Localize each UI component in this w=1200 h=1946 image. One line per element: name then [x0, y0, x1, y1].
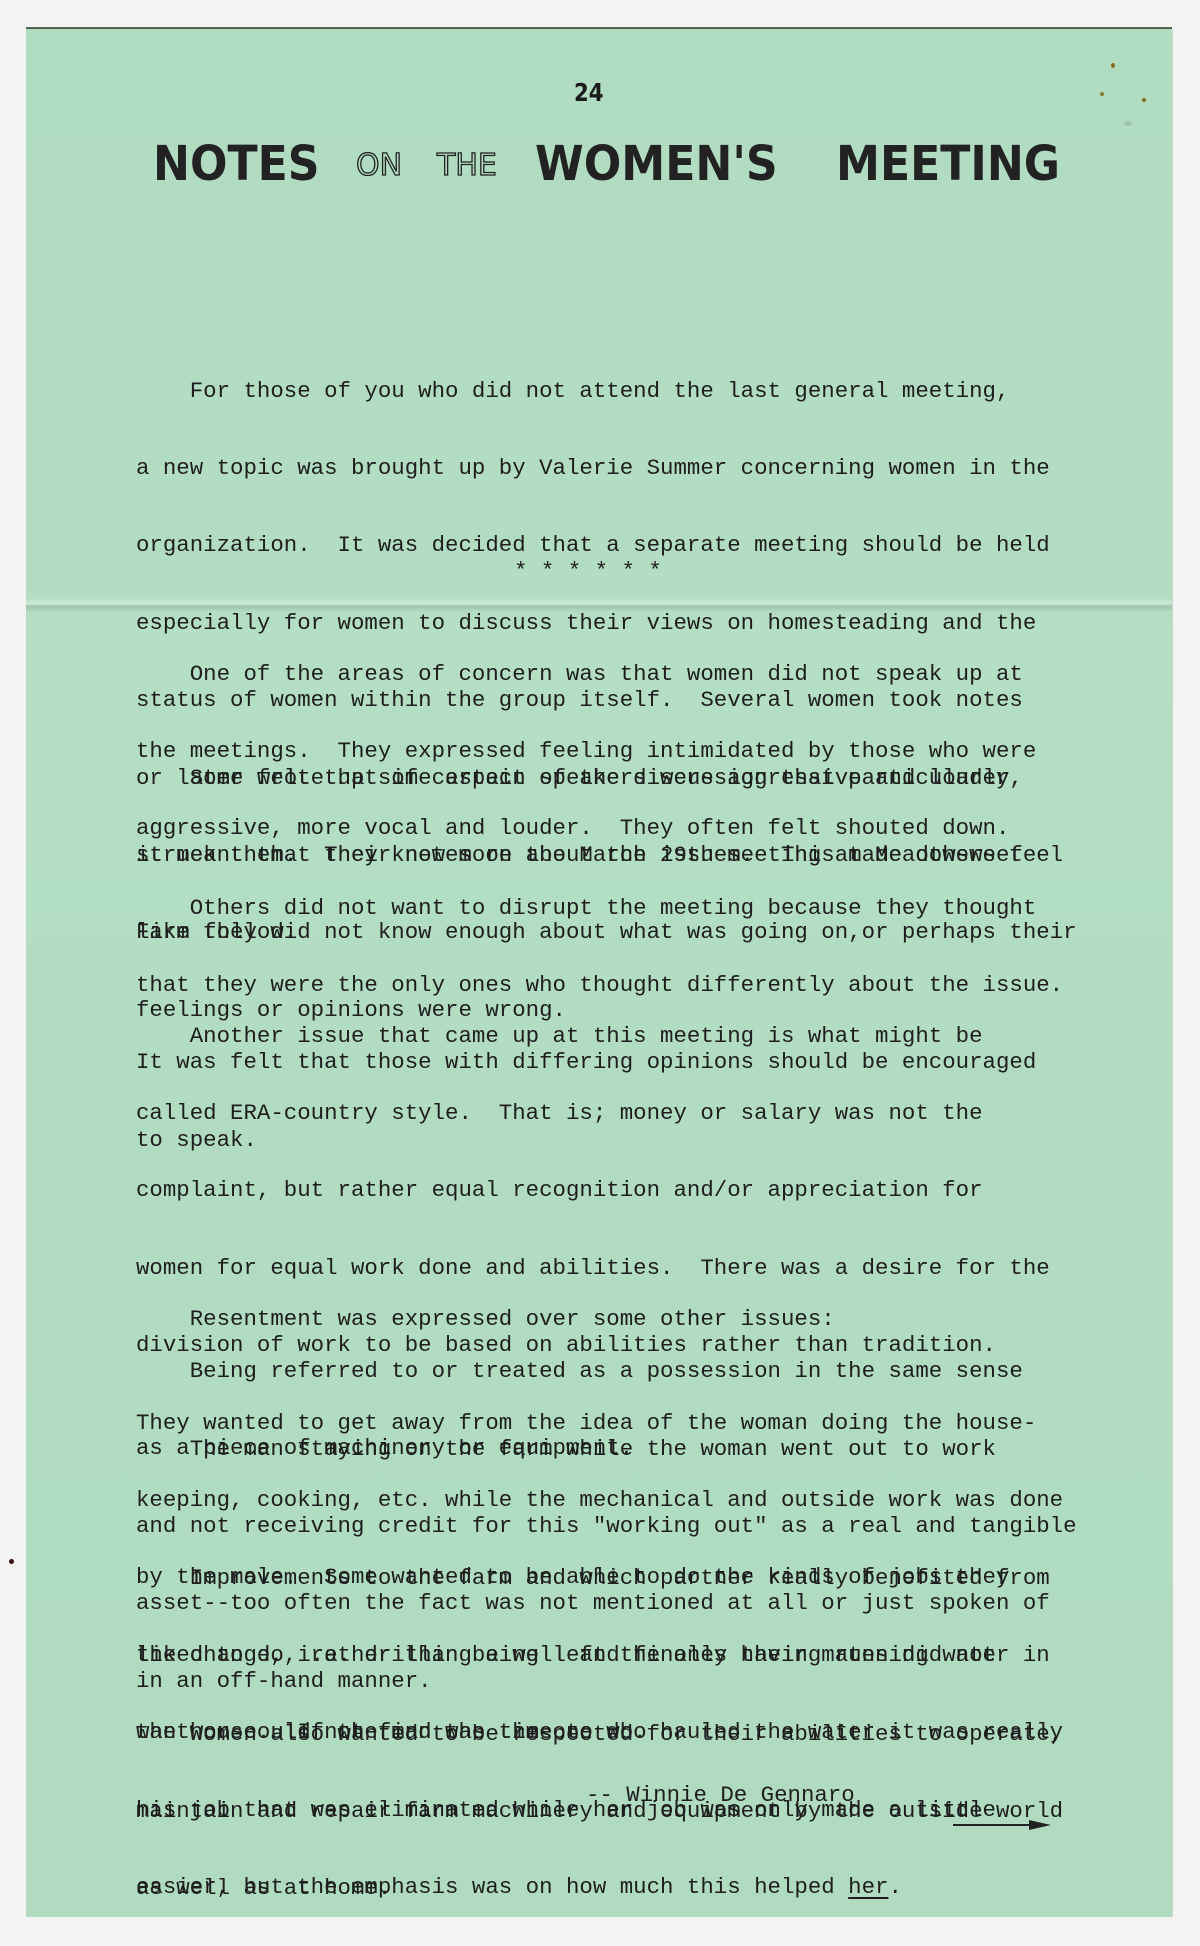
paper-speck: [9, 1559, 14, 1564]
text-line: The man staying on the farm while the wo…: [136, 1437, 1096, 1463]
page-title: NOTES ON THE WOMEN'S MEETING: [153, 136, 1023, 192]
text-line: Another issue that came up at this meeti…: [136, 1024, 1096, 1050]
text-line: Others did not want to disrupt the meeti…: [136, 896, 1096, 922]
title-the: THE: [437, 148, 497, 183]
section-separator: * * * * * *: [514, 558, 662, 584]
text-line: a new topic was brought up by Valerie Su…: [136, 456, 1096, 482]
title-notes: NOTES: [153, 136, 320, 192]
page-number: 24: [574, 78, 604, 107]
paper-speck: [1111, 63, 1115, 68]
author-signature: -- Winnie De Gennaro: [586, 1782, 855, 1808]
paper-speck: [1100, 92, 1104, 96]
text-line: Some felt that if certain speakers were …: [136, 766, 1096, 792]
text-line: Improvements to the farm and which partn…: [136, 1566, 1096, 1592]
text-line: For those of you who did not attend the …: [136, 379, 1096, 405]
text-line: called ERA-country style. That is; money…: [136, 1101, 1096, 1127]
title-meeting: MEETING: [836, 136, 1060, 192]
title-on: ON: [356, 148, 402, 183]
text-line: Being referred to or treated as a posses…: [136, 1359, 1096, 1385]
arrow-right-icon: [953, 1819, 1053, 1831]
text-line: Women also wanted to be respected for th…: [136, 1722, 1096, 1748]
text-line: the change, i.e. drilling a well and fin…: [136, 1643, 1096, 1669]
paper-speck: [1124, 121, 1132, 126]
text-line: complaint, but rather equal recognition …: [136, 1178, 1096, 1204]
text-line: organization. It was decided that a sepa…: [136, 533, 1096, 559]
text-line: One of the areas of concern was that wom…: [136, 662, 1096, 688]
paper-speck: [1142, 98, 1146, 102]
title-womens: WOMEN'S: [535, 136, 778, 192]
text-line: as well as at home.: [136, 1876, 1096, 1902]
